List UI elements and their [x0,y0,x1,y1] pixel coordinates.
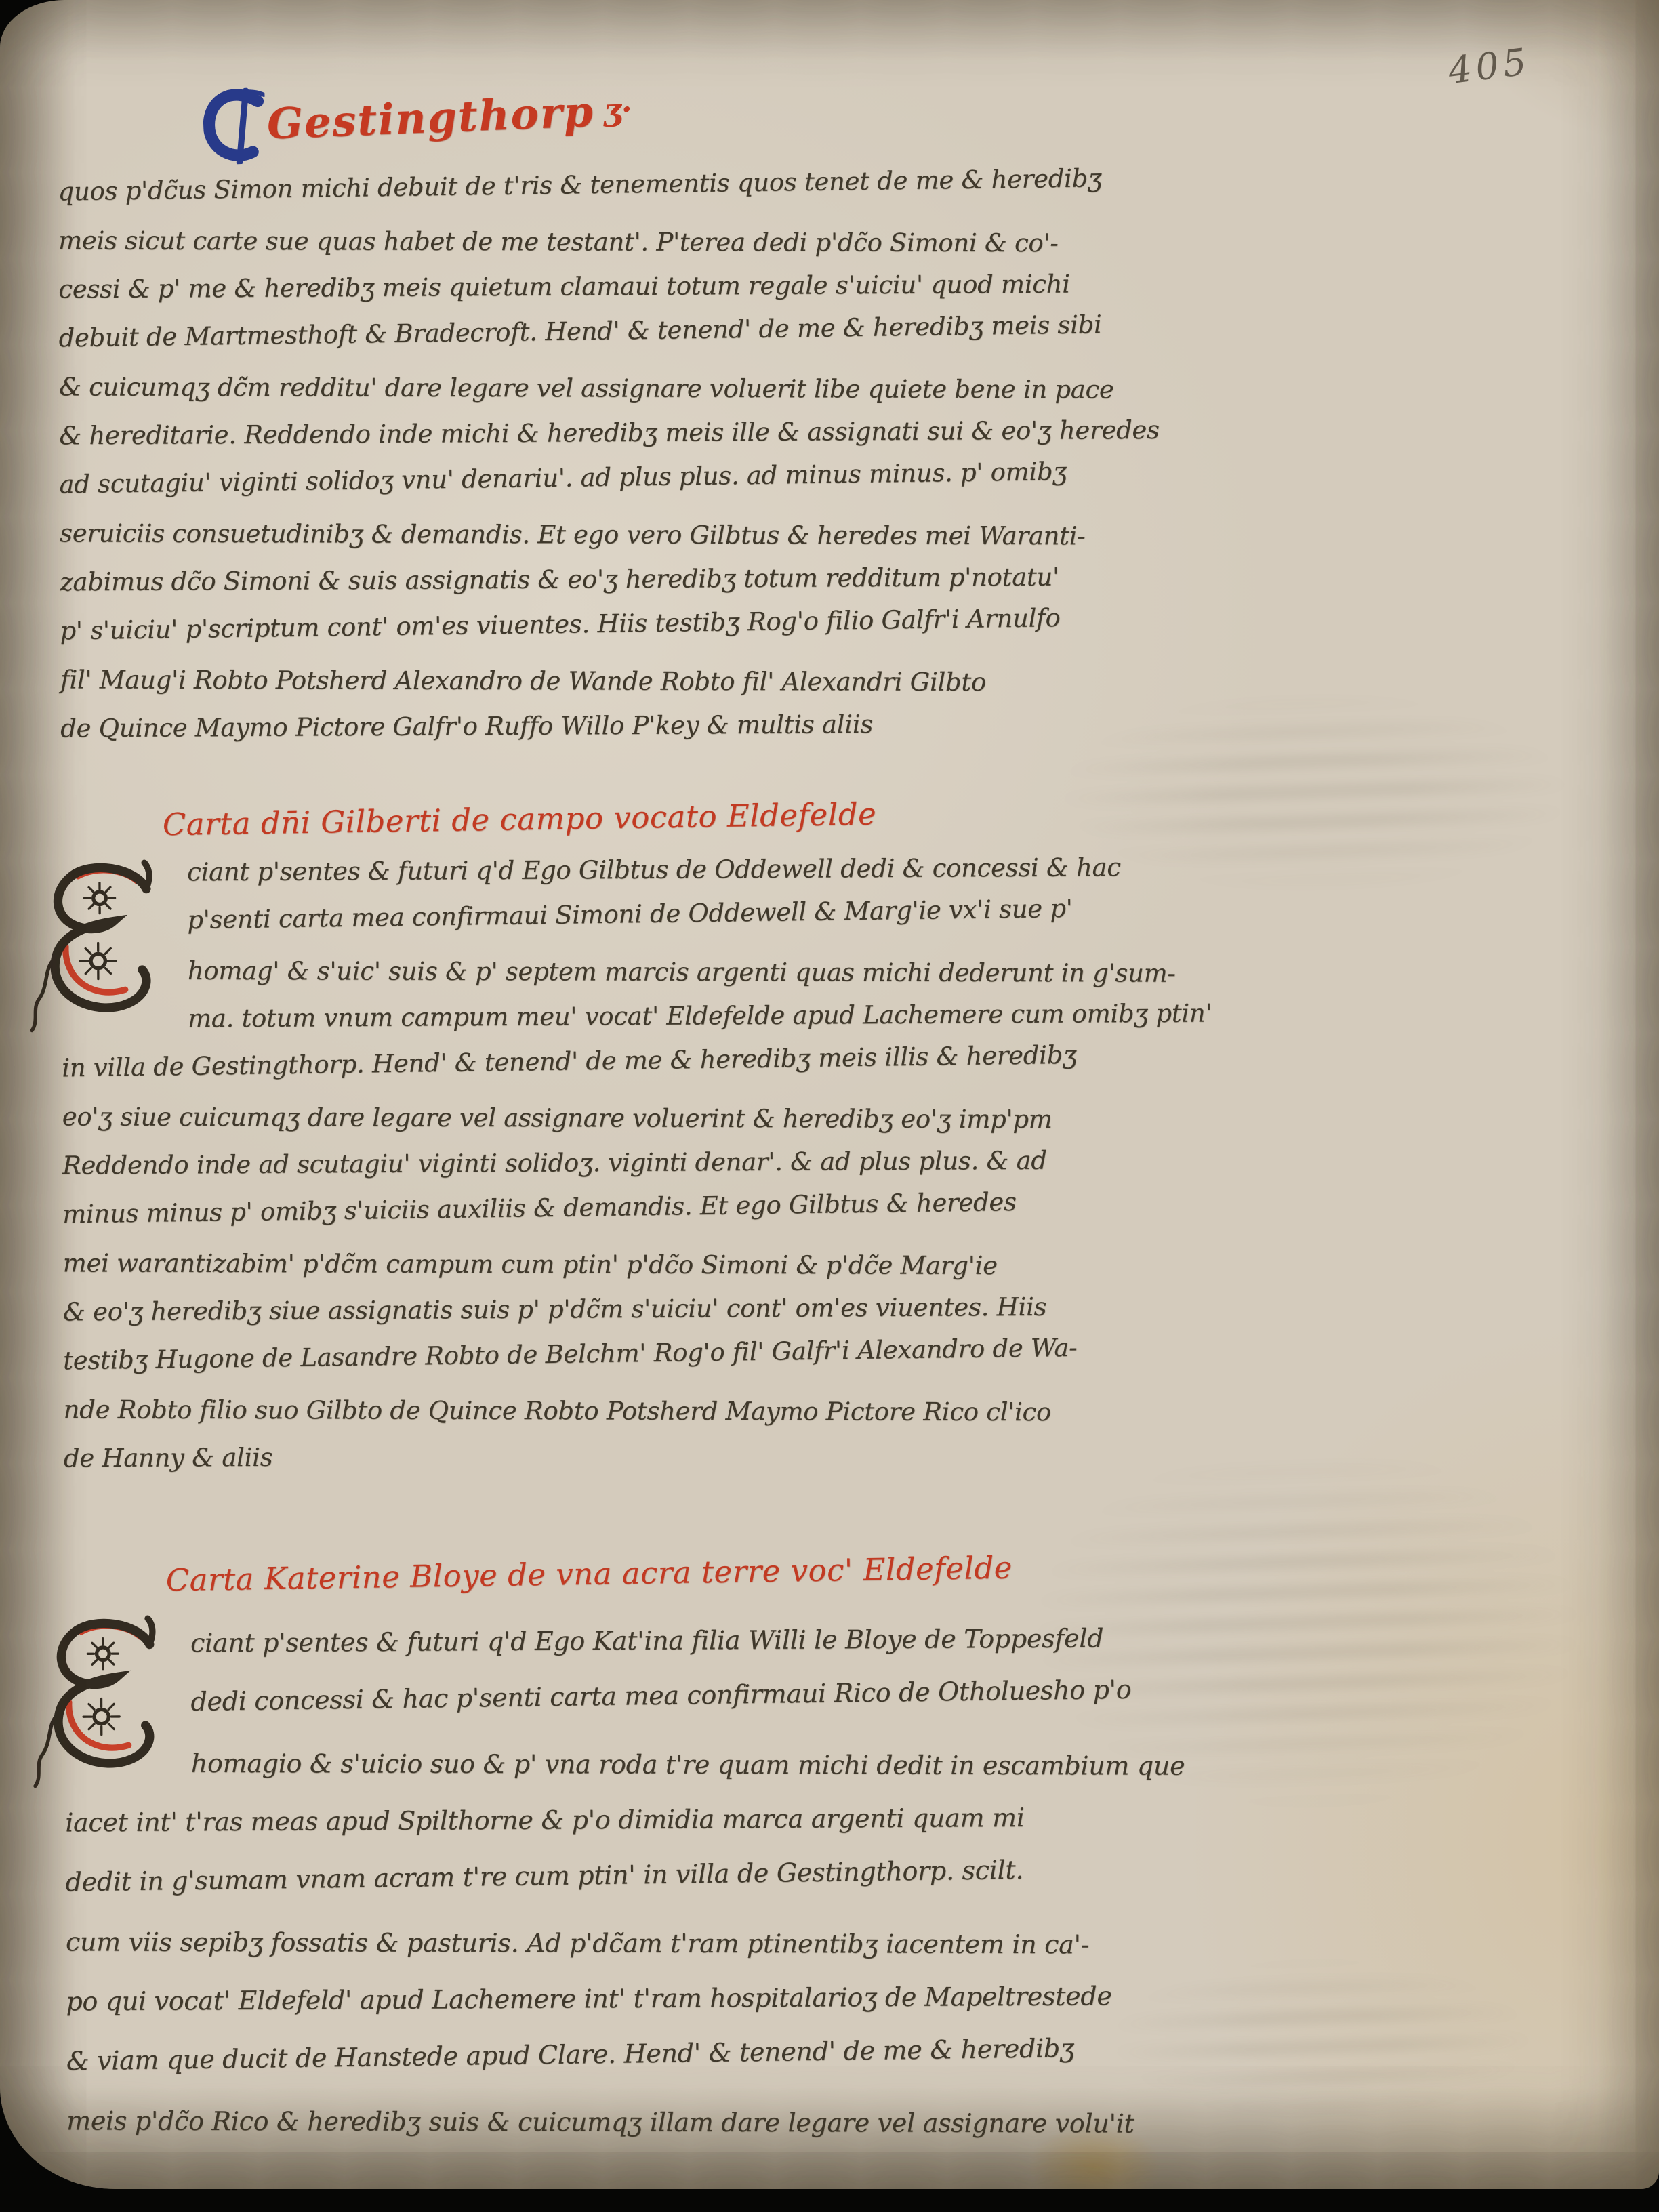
paraph-mark-icon [202,87,267,165]
manuscript-line: cum viis sepibʒ fossatis & pasturis. Ad … [66,1912,1123,1974]
manuscript-line: meis p'dc̃o Rico & heredibʒ suis & cuicu… [66,2091,1124,2153]
folio-number: 405 [1446,40,1533,92]
rubric-charter-2: Carta dn̄i Gilberti de campo vocato Elde… [162,792,1118,842]
manuscript-line: de Quince Maymo Pictore Galfr'o Ruffo Wi… [60,708,1118,762]
manuscript-photo: 405 Gestingthorp ʒ· quos p'dc̃us Simon m… [0,0,1659,2212]
manuscript-line: de Hanny & aliis [64,1438,1121,1492]
charter-3-text: S ciant p'sentes & futuri q'd Ego Kat'in… [64,1610,1124,2151]
verso-bleed-through [1044,684,1586,901]
rubric-charter-3: Carta Katerine Bloye de vna acra terre v… [165,1548,1122,1598]
manuscript-line: homagio & s'uicio suo & p' vna roda t're… [65,1733,1122,1795]
charter-2-text: S ciant p'sentes & futuri q'd Ego Gilbtu… [61,854,1121,1493]
verso-bleed-through [1098,1952,1545,2128]
parchment-page: 405 Gestingthorp ʒ· quos p'dc̃us Simon m… [0,0,1659,2189]
title-flourish: ʒ· [593,73,633,129]
charter-1-text: quos p'dc̃us Simon michi debuit de t'ris… [58,173,1118,763]
manuscript-line: quos p'dc̃us Simon michi debuit de t'ris… [58,163,1115,226]
text-column: quos p'dc̃us Simon michi debuit de t'ris… [58,173,1124,2151]
page-header: Gestingthorp ʒ· [202,73,634,165]
page-title: Gestingthorp [266,75,595,148]
